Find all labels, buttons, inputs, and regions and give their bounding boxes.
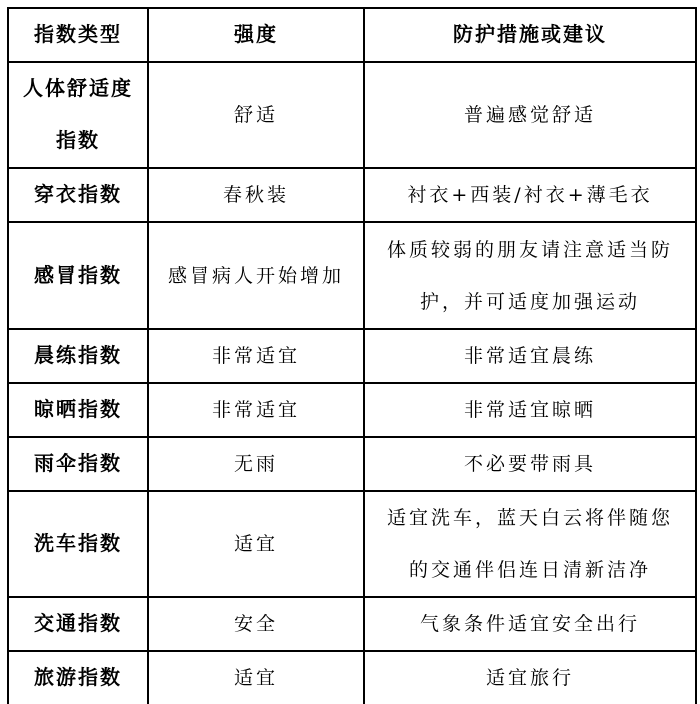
advice-cell: 普遍感觉舒适 [364, 62, 696, 168]
table-row: 穿衣指数 春秋装 衬衣+西装/衬衣+薄毛衣 [8, 168, 696, 222]
indices-table: 指数类型 强度 防护措施或建议 人体舒适度 指数 舒适 普遍感觉舒适 穿衣指数 … [7, 7, 697, 704]
intensity-cell: 安全 [148, 597, 364, 651]
table-row: 交通指数 安全 气象条件适宜安全出行 [8, 597, 696, 651]
table-row: 旅游指数 适宜 适宜旅行 [8, 651, 696, 704]
table-row: 雨伞指数 无雨 不必要带雨具 [8, 437, 696, 491]
advice-cell: 不必要带雨具 [364, 437, 696, 491]
index-type-cell: 感冒指数 [8, 222, 148, 329]
intensity-cell: 适宜 [148, 651, 364, 704]
index-type-cell: 晾晒指数 [8, 383, 148, 437]
intensity-cell: 非常适宜 [148, 383, 364, 437]
table-row: 晨练指数 非常适宜 非常适宜晨练 [8, 329, 696, 383]
index-type-cell: 旅游指数 [8, 651, 148, 704]
col-header-index-type: 指数类型 [8, 8, 148, 62]
intensity-cell: 舒适 [148, 62, 364, 168]
intensity-cell: 感冒病人开始增加 [148, 222, 364, 329]
intensity-cell: 非常适宜 [148, 329, 364, 383]
index-type-cell: 穿衣指数 [8, 168, 148, 222]
header-row: 指数类型 强度 防护措施或建议 [8, 8, 696, 62]
index-type-cell: 晨练指数 [8, 329, 148, 383]
intensity-cell: 无雨 [148, 437, 364, 491]
intensity-cell: 春秋装 [148, 168, 364, 222]
table-row: 洗车指数 适宜 适宜洗车，蓝天白云将伴随您 的交通伴侣连日清新洁净 [8, 491, 696, 597]
advice-cell: 非常适宜晾晒 [364, 383, 696, 437]
index-type-cell: 人体舒适度 指数 [8, 62, 148, 168]
col-header-advice: 防护措施或建议 [364, 8, 696, 62]
table-row: 人体舒适度 指数 舒适 普遍感觉舒适 [8, 62, 696, 168]
intensity-cell: 适宜 [148, 491, 364, 597]
index-type-cell: 洗车指数 [8, 491, 148, 597]
advice-cell: 气象条件适宜安全出行 [364, 597, 696, 651]
table-row: 感冒指数 感冒病人开始增加 体质较弱的朋友请注意适当防 护，并可适度加强运动 [8, 222, 696, 329]
advice-cell: 适宜旅行 [364, 651, 696, 704]
advice-cell: 非常适宜晨练 [364, 329, 696, 383]
col-header-intensity: 强度 [148, 8, 364, 62]
index-type-cell: 雨伞指数 [8, 437, 148, 491]
advice-cell: 体质较弱的朋友请注意适当防 护，并可适度加强运动 [364, 222, 696, 329]
page: 指数类型 强度 防护措施或建议 人体舒适度 指数 舒适 普遍感觉舒适 穿衣指数 … [0, 7, 700, 704]
index-type-cell: 交通指数 [8, 597, 148, 651]
table-row: 晾晒指数 非常适宜 非常适宜晾晒 [8, 383, 696, 437]
advice-cell: 衬衣+西装/衬衣+薄毛衣 [364, 168, 696, 222]
advice-cell: 适宜洗车，蓝天白云将伴随您 的交通伴侣连日清新洁净 [364, 491, 696, 597]
